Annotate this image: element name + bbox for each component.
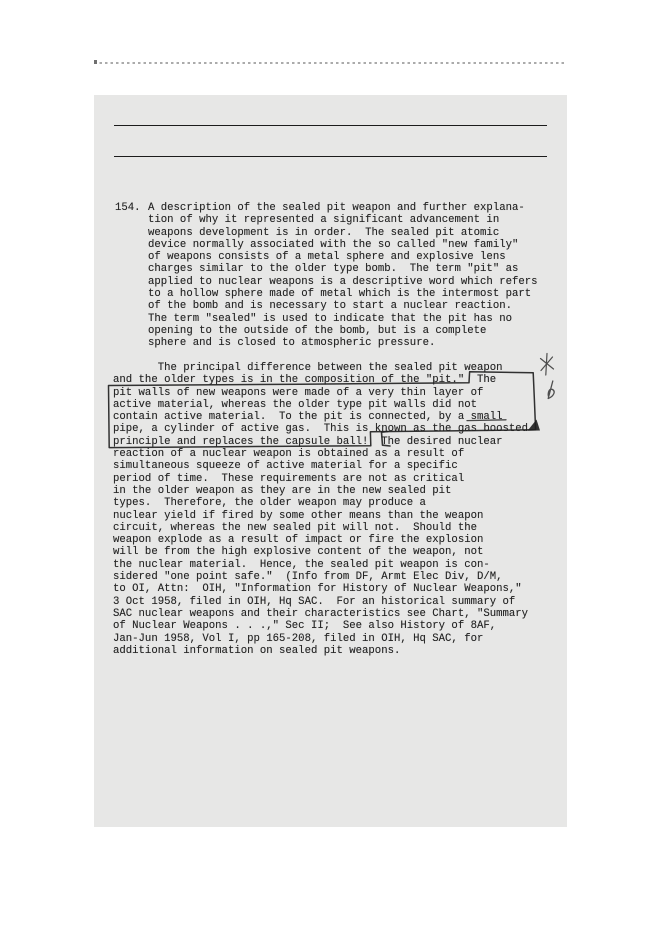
perforation-left-tick xyxy=(94,60,97,64)
paragraph-principal-difference: The principal difference between the sea… xyxy=(113,362,528,657)
dotted-perforation-line xyxy=(94,62,566,64)
paragraph-sealed-pit-description: A description of the sealed pit weapon a… xyxy=(148,202,538,350)
header-rule-top xyxy=(114,125,547,126)
footnote-number: 154. xyxy=(115,202,141,214)
header-rule-bottom xyxy=(114,156,547,157)
